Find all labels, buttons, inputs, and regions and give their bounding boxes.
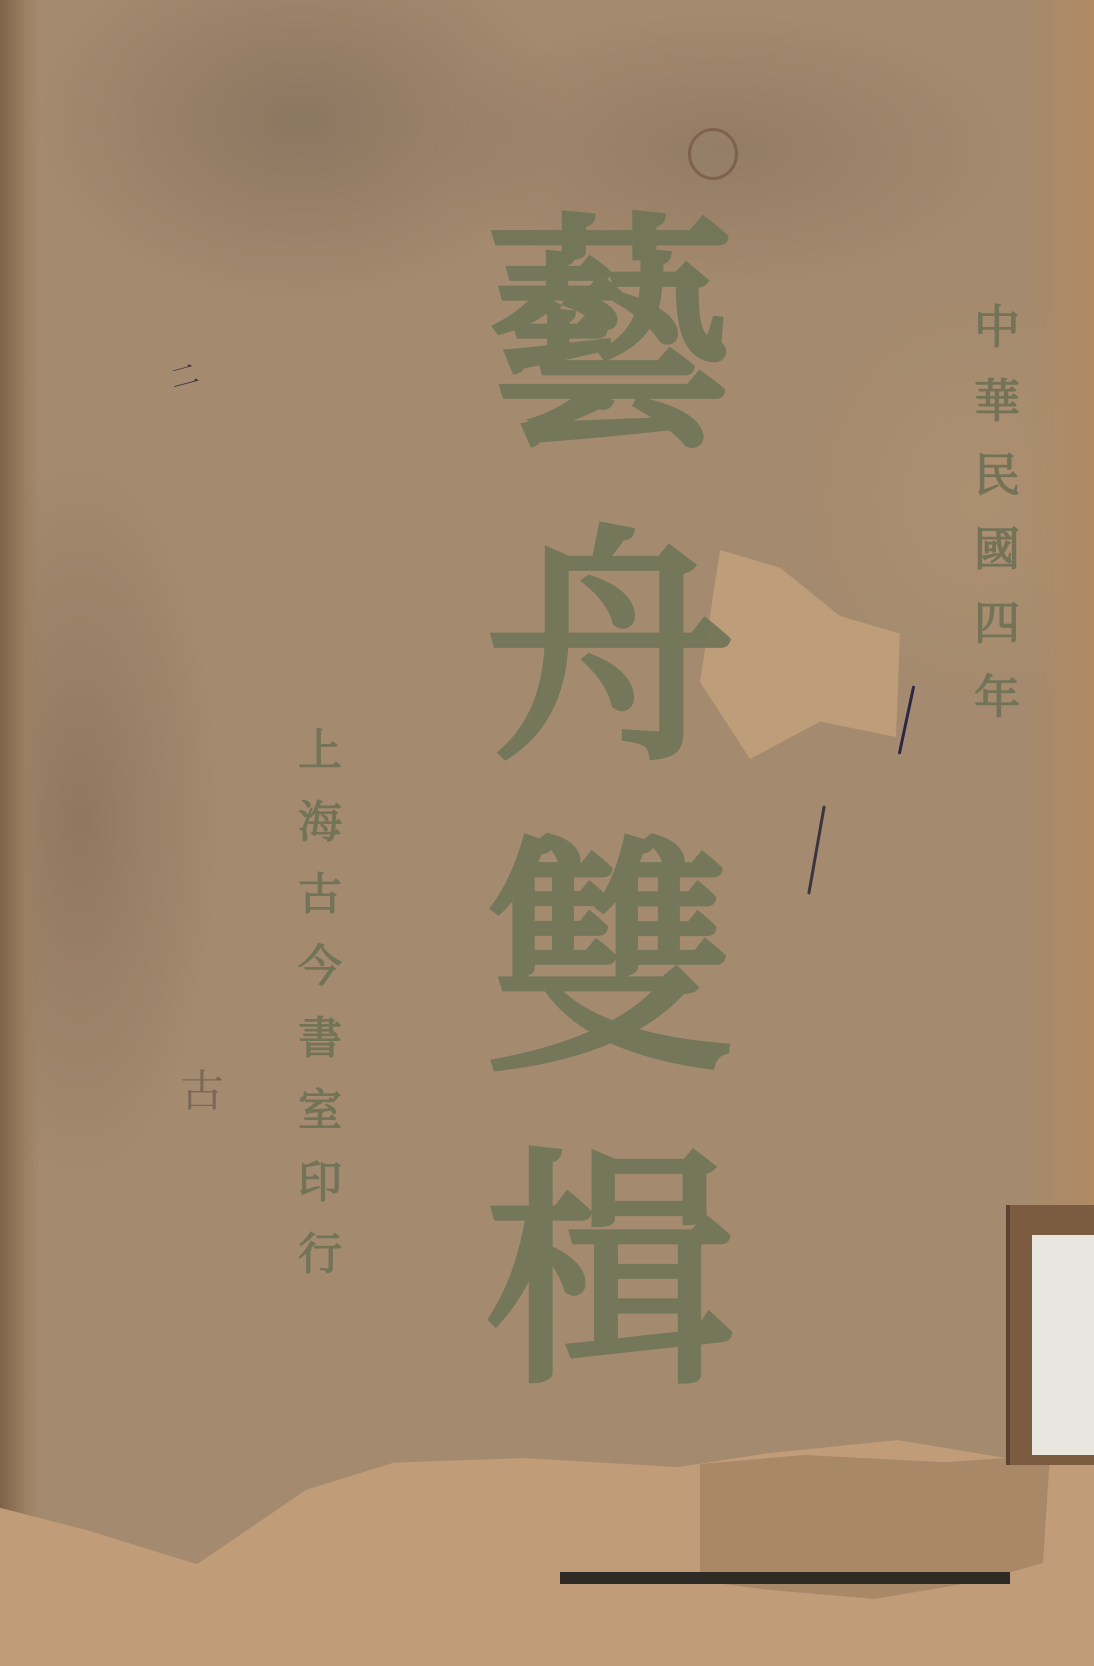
book-title: 藝 舟 雙 楫: [480, 180, 740, 1428]
date-char: 中: [974, 290, 1020, 364]
publisher-char: 海: [298, 787, 342, 859]
publisher-char: 書: [298, 1003, 342, 1075]
publisher-char: 室: [298, 1075, 342, 1147]
water-stain-spot: [688, 128, 738, 180]
publisher-char: 行: [298, 1219, 342, 1291]
date-char: 四: [974, 586, 1020, 660]
title-char-3: 雙: [485, 804, 735, 1116]
publisher-char: 今: [298, 931, 342, 1003]
worn-left-edge: [0, 0, 40, 1666]
ink-pen-stroke: [807, 805, 826, 894]
ink-pen-stroke: [898, 685, 915, 754]
binding-band: [560, 1572, 1010, 1584]
handwritten-mark-two: 二: [165, 352, 202, 398]
date-char: 華: [974, 364, 1020, 438]
publisher-char: 印: [298, 1147, 342, 1219]
publication-date: 中 華 民 國 四 年: [962, 290, 1032, 734]
publisher-char: 古: [298, 859, 342, 931]
title-char-1: 藝: [485, 180, 735, 492]
date-char: 國: [974, 512, 1020, 586]
publisher-char: 上: [298, 715, 342, 787]
date-char: 年: [974, 660, 1020, 734]
title-char-4: 楫: [485, 1116, 735, 1428]
library-label: [1032, 1235, 1094, 1455]
publisher-line: 上 海 古 今 書 室 印 行: [285, 715, 355, 1291]
date-char: 民: [974, 438, 1020, 512]
pencil-mark-gu: 古: [180, 1055, 224, 1119]
book-cover: 藝 舟 雙 楫 中 華 民 國 四 年 上 海 古 今 書 室 印 行 二 古: [0, 0, 1094, 1666]
title-char-2: 舟: [485, 492, 735, 804]
